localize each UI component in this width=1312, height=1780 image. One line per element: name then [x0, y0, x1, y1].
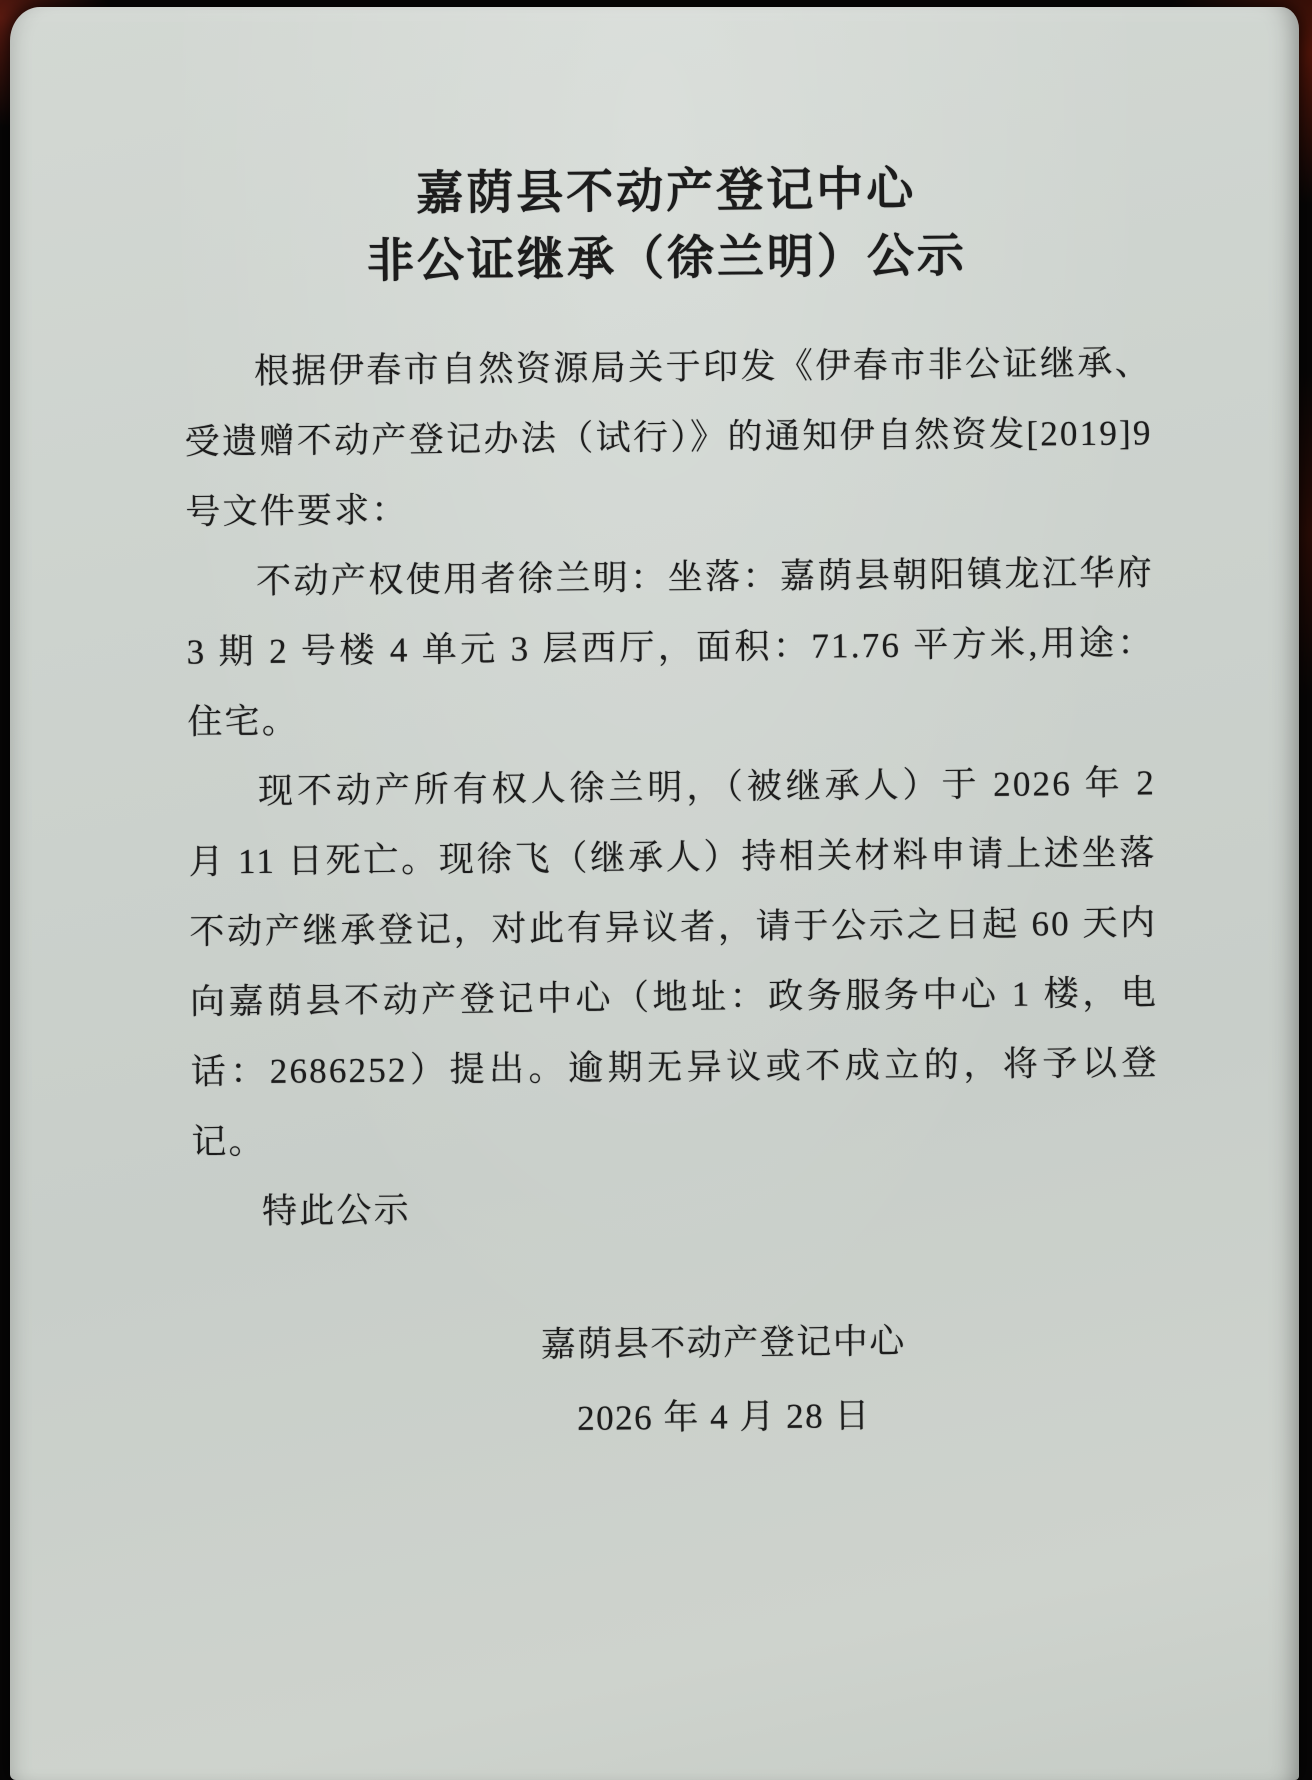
signature-block: 嘉荫县不动产登记中心 2026 年 4 月 28 日 [193, 1304, 1162, 1457]
notice-document: 嘉荫县不动产登记中心 非公证继承（徐兰明）公示 根据伊春市自然资源局关于印发《伊… [182, 158, 1162, 1457]
doc-title-line2: 非公证继承（徐兰明）公示 [183, 225, 1152, 292]
paragraph-closing-statement: 特此公示 [192, 1168, 1161, 1247]
signature-organization: 嘉荫县不动产登记中心 [285, 1304, 1162, 1382]
doc-title-line1: 嘉荫县不动产登记中心 [182, 158, 1151, 225]
paragraph-inheritance-notice: 现不动产所有权人徐兰明，（被继承人）于 2026 年 2 月 11 日死亡。现徐… [188, 748, 1160, 1177]
notice-paper: 嘉荫县不动产登记中心 非公证继承（徐兰明）公示 根据伊春市自然资源局关于印发《伊… [10, 7, 1299, 1780]
photo-background: { "document": { "title": { "line1": "嘉荫县… [0, 0, 1312, 1780]
paragraph-legal-basis: 根据伊春市自然资源局关于印发《伊春市非公证继承、受遗赠不动产登记办法（试行）》的… [184, 328, 1154, 547]
paragraph-property-description: 不动产权使用者徐兰明：坐落：嘉荫县朝阳镇龙江华府 3 期 2 号楼 4 单元 3… [186, 538, 1156, 757]
doc-body: 根据伊春市自然资源局关于印发《伊春市非公证继承、受遗赠不动产登记办法（试行）》的… [184, 328, 1161, 1247]
signature-date: 2026 年 4 月 28 日 [286, 1378, 1163, 1456]
